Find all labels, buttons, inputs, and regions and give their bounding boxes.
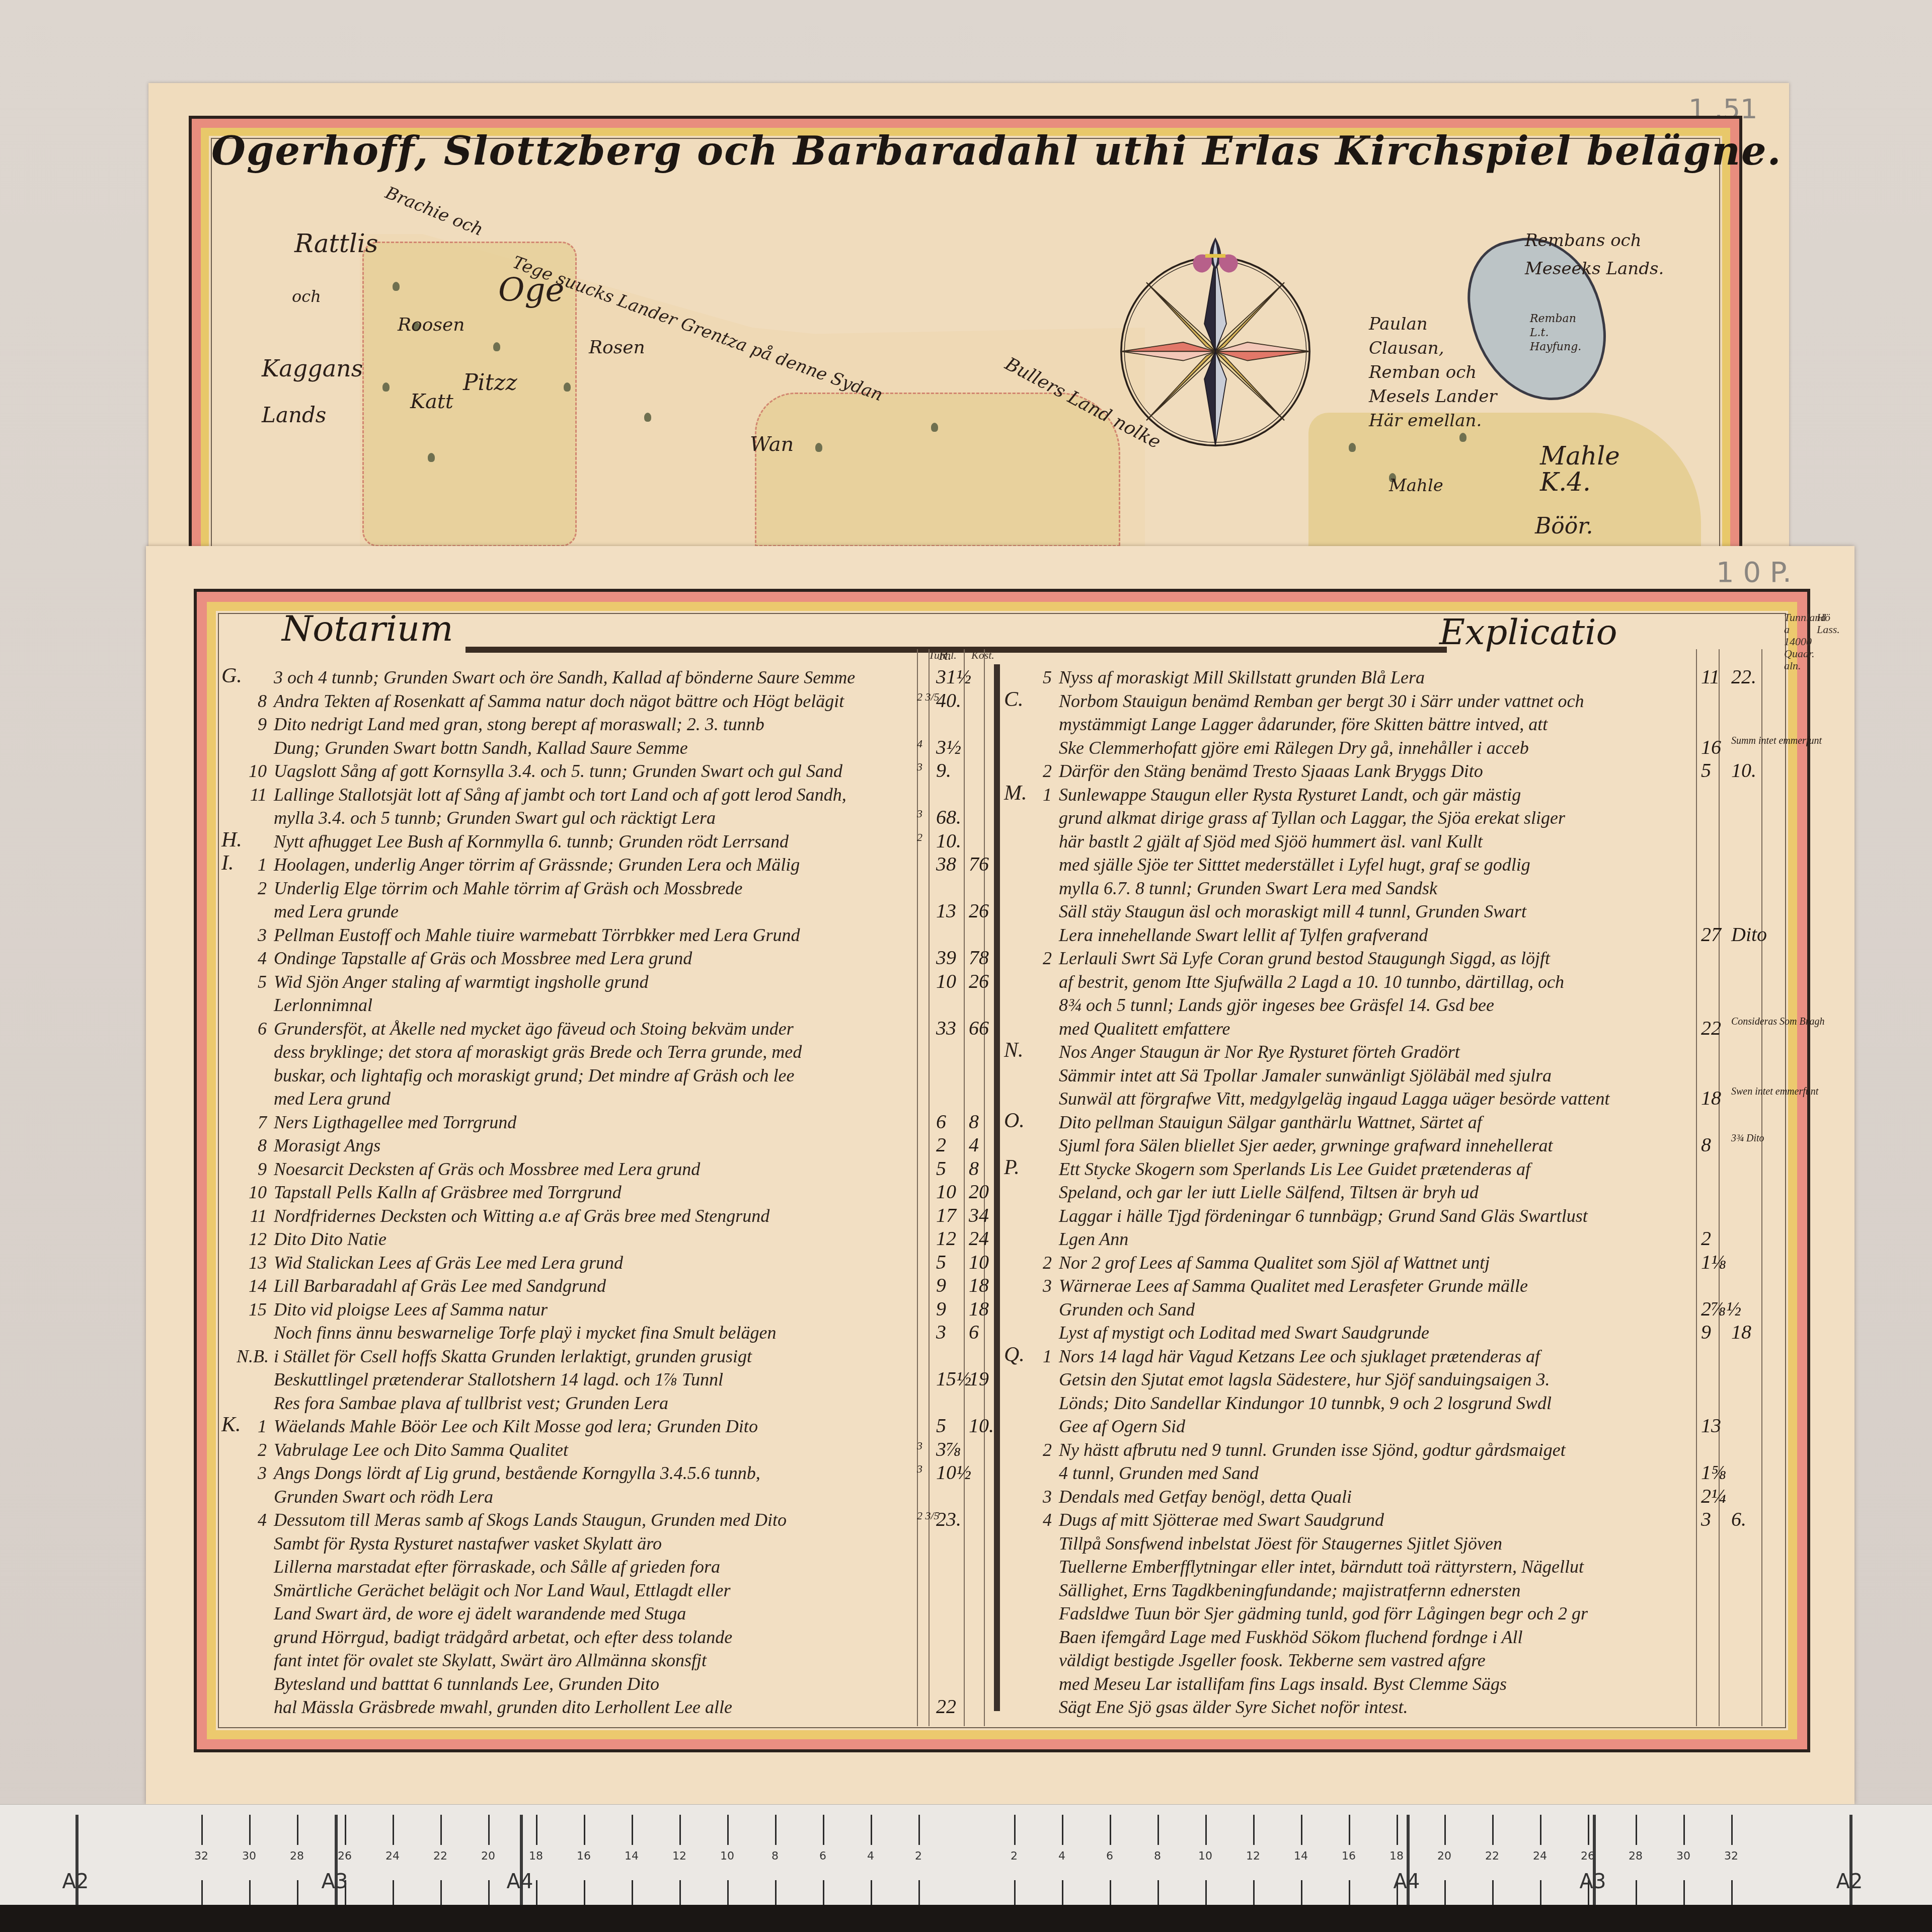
ruler-tick bbox=[918, 1880, 920, 1905]
table-row: 4 tunnl, Grunden med Sand bbox=[1022, 1462, 1691, 1485]
table-row: Bytesland und batttat 6 tunnlands Lee, G… bbox=[237, 1673, 911, 1695]
ruler-tick bbox=[727, 1880, 729, 1905]
ruler-tick bbox=[249, 1815, 251, 1845]
map-label-wan: Wan bbox=[750, 433, 794, 456]
ruler-tick bbox=[1683, 1880, 1685, 1905]
ruler-tick bbox=[823, 1815, 824, 1845]
table-row: 8¾ och 5 tunnl; Lands gjör ingeses bee G… bbox=[1022, 994, 1691, 1017]
ruler-tick bbox=[1253, 1815, 1255, 1845]
col-header-r: R. bbox=[939, 649, 952, 661]
table-row: Säll stäy Staugun äsl och moraskigt mill… bbox=[1022, 901, 1691, 923]
table-row: grund alkmat dirige grass af Tyllan och … bbox=[1022, 807, 1691, 829]
table-row: 1Hoolagen, underlig Anger törrim af Gräs… bbox=[237, 854, 911, 876]
map-label-pitzz: Pitzz bbox=[463, 370, 517, 396]
table-row: 1Nors 14 lagd här Vagud Ketzans Lee och … bbox=[1022, 1346, 1691, 1368]
paper-size-label: A2 bbox=[62, 1870, 89, 1893]
table-row: 2Vabrulage Lee och Dito Samma Qualitet bbox=[237, 1439, 911, 1461]
row-number: 9 bbox=[237, 1158, 267, 1180]
row-description: af bestrit, genom Itte Sjufwälla 2 Lagd … bbox=[1059, 972, 1564, 992]
value-holass: Swen intet emmerfunt bbox=[1731, 1086, 1818, 1098]
value-r: 3 bbox=[936, 1320, 946, 1344]
table-row: 15Dito vid ploigse Lees af Samma natur bbox=[237, 1299, 911, 1321]
ruler-tick bbox=[1062, 1815, 1063, 1845]
row-number: 3 bbox=[1022, 1486, 1052, 1507]
value-tunnland: 11 bbox=[1701, 665, 1720, 688]
ruler-tick-label: 26 bbox=[338, 1850, 352, 1863]
row-description: Sällighet, Erns Tagdkbeningfundande; maj… bbox=[1059, 1580, 1521, 1600]
value-r: 23. bbox=[936, 1507, 961, 1531]
table-row: grund Hörrgud, badigt trädgård arbetat, … bbox=[237, 1627, 911, 1649]
table-row: Lerlonnimnal bbox=[237, 994, 911, 1017]
value-r: 2 bbox=[936, 1133, 946, 1156]
row-number: 15 bbox=[237, 1299, 267, 1320]
row-description: med Lera grund bbox=[274, 1089, 391, 1109]
table-row: 2Lerlauli Swrt Sä Lyfe Coran grund besto… bbox=[1022, 948, 1691, 970]
value-tunnland: 2⅞½ bbox=[1701, 1297, 1741, 1321]
explicatio-heading: Explicatio bbox=[1439, 611, 1617, 653]
row-description: Grunden Swart och rödh Lera bbox=[274, 1487, 493, 1507]
ruler-tick bbox=[1349, 1880, 1350, 1905]
column-rule bbox=[964, 649, 965, 1726]
value-r: 38 bbox=[936, 852, 956, 876]
table-row: Smärtliche Gerächet belägit och Nor Land… bbox=[237, 1580, 911, 1602]
row-number: 1 bbox=[1022, 784, 1052, 805]
value-kost: 76 bbox=[969, 852, 989, 876]
row-description: med Qualitett emfattere bbox=[1059, 1019, 1230, 1039]
row-description: dess bryklinge; det stora af moraskigt g… bbox=[274, 1042, 802, 1062]
table-row: 13Wid Stalickan Lees af Gräs Lee med Ler… bbox=[237, 1252, 911, 1274]
table-row: Gee af Ogern Sid bbox=[1022, 1416, 1691, 1438]
ruler-tick bbox=[393, 1880, 394, 1905]
ruler-tick bbox=[918, 1815, 920, 1845]
row-number: 4 bbox=[237, 948, 267, 969]
value-tunnland: 3 bbox=[917, 1439, 922, 1452]
table-row: Res fora Sambae plava af tullbrist vest;… bbox=[237, 1393, 911, 1415]
value-tunnland: 3 bbox=[917, 760, 922, 774]
notarium-heading: Notarium bbox=[282, 608, 453, 649]
ruler-tick-label: 10 bbox=[720, 1850, 734, 1863]
table-row: 8Andra Tekten af Rosenkatt af Samma natu… bbox=[237, 690, 911, 713]
value-r: 10 bbox=[936, 1180, 956, 1203]
row-description: i Stället för Csell hoffs Skatta Grunden… bbox=[274, 1346, 752, 1366]
row-description: Baen ifemgård Lage med Fuskhöd Sökom flu… bbox=[1059, 1627, 1523, 1647]
ruler-tick-label: 4 bbox=[1058, 1850, 1065, 1863]
table-row: Tillpå Sonsfwend inbelstat Jöest för Sta… bbox=[1022, 1533, 1691, 1555]
row-description: Getsin den Sjutat emot lagsla Sädestere,… bbox=[1059, 1369, 1550, 1389]
row-description: Grunden och Sand bbox=[1059, 1299, 1195, 1320]
row-number: 11 bbox=[237, 1205, 267, 1226]
row-description: Dito vid ploigse Lees af Samma natur bbox=[274, 1299, 548, 1320]
ruler-tick bbox=[1110, 1815, 1111, 1845]
row-description: Sambt för Rysta Rysturet nastafwer vaske… bbox=[274, 1533, 662, 1554]
row-description: hal Mässla Gräsbrede mwahl, grunden dito… bbox=[274, 1697, 732, 1717]
value-r: 9. bbox=[936, 758, 951, 782]
row-description: här bastlt 2 gjält af Sjöd med Sjöö humm… bbox=[1059, 831, 1483, 852]
ruler-tick bbox=[297, 1880, 298, 1905]
value-kost: 18 bbox=[969, 1297, 989, 1321]
row-description: mystämmigt Lange Lagger ådarunder, före … bbox=[1059, 714, 1548, 734]
ruler-tick bbox=[440, 1880, 442, 1905]
value-kost: 18 bbox=[969, 1273, 989, 1297]
ruler-tick bbox=[1157, 1815, 1159, 1845]
table-row: Lillerna marstadat efter förraskade, och… bbox=[237, 1556, 911, 1578]
ruler-tick bbox=[1636, 1880, 1637, 1905]
col-header-kost: Kost. bbox=[971, 649, 994, 661]
table-row: 2Ny hästt afbrutu ned 9 tunnl. Grunden i… bbox=[1022, 1439, 1691, 1461]
row-description: Noch finns ännu beswarnelige Torfe plaÿ … bbox=[274, 1323, 777, 1343]
ruler-tick bbox=[1397, 1815, 1398, 1845]
table-row: hal Mässla Gräsbrede mwahl, grunden dito… bbox=[237, 1696, 911, 1719]
table-row: Lgen Ann bbox=[1022, 1228, 1691, 1251]
row-number: 7 bbox=[237, 1112, 267, 1133]
table-row: Laggar i hälle Tjgd fördeningar 6 tunnbä… bbox=[1022, 1205, 1691, 1227]
ruler-tick bbox=[1014, 1880, 1016, 1905]
table-row: 11Nordfridernes Decksten och Witting a.e… bbox=[237, 1205, 911, 1227]
row-number: 11 bbox=[237, 784, 267, 805]
table-row: Ske Clemmerhofatt gjöre emi Rälegen Dry … bbox=[1022, 737, 1691, 759]
table-row: Fadsldwe Tuun bör Sjer gädming tunld, go… bbox=[1022, 1603, 1691, 1625]
ruler-tick-label: 14 bbox=[625, 1850, 639, 1863]
table-row: Speland, och gar ler iutt Lielle Sälfend… bbox=[1022, 1182, 1691, 1204]
row-description: Sunwäl att förgrafwe Vitt, medgylgeläg i… bbox=[1059, 1089, 1610, 1109]
table-row: med Lera grunde bbox=[237, 901, 911, 923]
row-description: Nyss af moraskigt Mill Skillstatt grunde… bbox=[1059, 667, 1425, 687]
tree-icon bbox=[1459, 433, 1466, 442]
ruler-tick-label: 14 bbox=[1294, 1850, 1308, 1863]
table-row: fant intet för ovalet ste Skylatt, Swärt… bbox=[237, 1650, 911, 1672]
table-row: 2Underlig Elge törrim och Mahle törrim a… bbox=[237, 878, 911, 900]
section-letter: I. bbox=[221, 851, 234, 875]
row-description: Bytesland und batttat 6 tunnlands Lee, G… bbox=[274, 1674, 659, 1694]
tree-icon bbox=[493, 342, 500, 351]
ruler-tick bbox=[1349, 1815, 1350, 1845]
table-row: 12Dito Dito Natie bbox=[237, 1228, 911, 1251]
ruler-tick-label: 32 bbox=[194, 1850, 208, 1863]
map-label-kaggans: Kaggans bbox=[262, 355, 363, 382]
value-tunnland: 2 bbox=[917, 831, 922, 844]
value-holass: Summ intet emmerfunt bbox=[1731, 735, 1822, 747]
table-row: Nos Anger Staugun är Nor Rye Rysturet fö… bbox=[1022, 1041, 1691, 1063]
land-parcel-mahle bbox=[1308, 413, 1701, 546]
table-row: Beskuttlingel prætenderar Stallotshern 1… bbox=[237, 1369, 911, 1391]
ruler-tick-label: 28 bbox=[290, 1850, 304, 1863]
row-number: 2 bbox=[1022, 1439, 1052, 1460]
ruler-tick-label: 4 bbox=[867, 1850, 874, 1863]
table-row: Lyst af mystigt och Loditad med Swart Sa… bbox=[1022, 1322, 1691, 1344]
value-holass: 3¾ Dito bbox=[1731, 1133, 1764, 1144]
table-row: 6Grundersföt, at Åkelle ned mycket ägo f… bbox=[237, 1018, 911, 1040]
tree-icon bbox=[931, 423, 938, 432]
land-field-center bbox=[755, 393, 1120, 547]
ruler-tick bbox=[775, 1880, 777, 1905]
table-row: Grunden och Sand bbox=[1022, 1299, 1691, 1321]
row-number: 2 bbox=[1022, 948, 1052, 969]
tree-icon bbox=[393, 282, 400, 291]
column-rule bbox=[1696, 649, 1697, 1726]
ruler-tick-label: 20 bbox=[1437, 1850, 1451, 1863]
row-description: Säll stäy Staugun äsl och moraskigt mill… bbox=[1059, 901, 1526, 921]
table-row: Lönds; Dito Sandellar Kindungor 10 tunnb… bbox=[1022, 1393, 1691, 1415]
map-label-och: och bbox=[292, 287, 321, 306]
value-tunnland: 3 bbox=[917, 1462, 922, 1476]
table-row: 4Dessutom till Meras samb af Skogs Lands… bbox=[237, 1509, 911, 1531]
value-kost: 20 bbox=[969, 1180, 989, 1203]
ruler-tick bbox=[345, 1815, 346, 1845]
value-kost: 6 bbox=[969, 1320, 979, 1344]
map-label-rembans: Rembans och Meseeks Lands. bbox=[1525, 226, 1676, 283]
row-description: grund alkmat dirige grass af Tyllan och … bbox=[1059, 808, 1565, 828]
row-description: Nytt afhugget Lee Bush af Kornmylla 6. t… bbox=[274, 831, 789, 852]
ruler-tick bbox=[727, 1815, 729, 1845]
table-row: Baen ifemgård Lage med Fuskhöd Sökom flu… bbox=[1022, 1627, 1691, 1649]
table-row: Sambt för Rysta Rysturet nastafwer vaske… bbox=[237, 1533, 911, 1555]
value-r: 6 bbox=[936, 1110, 946, 1133]
table-row: här bastlt 2 gjält af Sjöd med Sjöö humm… bbox=[1022, 831, 1691, 853]
value-r: 13 bbox=[936, 899, 956, 922]
row-description: Noesarcit Decksten af Gräs och Mossbree … bbox=[274, 1159, 700, 1179]
value-r: 10 bbox=[936, 969, 956, 993]
ruler-tick bbox=[1301, 1815, 1302, 1845]
table-row: Getsin den Sjutat emot lagsla Sädestere,… bbox=[1022, 1369, 1691, 1391]
column-rule bbox=[929, 649, 930, 1726]
ruler-tick bbox=[584, 1880, 585, 1905]
row-description: mylla 6.7. 8 tunnl; Grunden Swart Lera m… bbox=[1059, 878, 1437, 898]
table-row: mylla 6.7. 8 tunnl; Grunden Swart Lera m… bbox=[1022, 878, 1691, 900]
ruler-tick bbox=[1205, 1815, 1207, 1845]
row-number: 4 bbox=[237, 1509, 267, 1530]
ruler-tick bbox=[632, 1815, 633, 1845]
table-row: Dung; Grunden Swart bottn Sandh, Kallad … bbox=[237, 737, 911, 759]
table-row: 3Wärnerae Lees af Samma Qualitet med Ler… bbox=[1022, 1275, 1691, 1297]
ruler-tick-label: 18 bbox=[1389, 1850, 1404, 1863]
row-description: mylla 3.4. och 5 tunnb; Grunden Swart gu… bbox=[274, 808, 716, 828]
table-row: Nytt afhugget Lee Bush af Kornmylla 6. t… bbox=[237, 831, 911, 853]
ruler-tick bbox=[1444, 1880, 1446, 1905]
value-tunnland: 16 bbox=[1701, 735, 1721, 759]
ruler-tick bbox=[488, 1815, 490, 1845]
value-tunnland: 3 bbox=[1701, 1507, 1711, 1531]
map-label-lands: Lands bbox=[262, 403, 326, 427]
row-number: 5 bbox=[1022, 667, 1052, 688]
table-row: 14Lill Barbaradahl af Gräs Lee med Sandg… bbox=[237, 1275, 911, 1297]
table-row: Sägt Ene Sjö gsas älder Syre Sichet nofö… bbox=[1022, 1696, 1691, 1719]
ruler-tick bbox=[536, 1815, 537, 1845]
value-kost: 8 bbox=[969, 1156, 979, 1180]
value-tunnland: 2¼ bbox=[1701, 1484, 1726, 1508]
archive-mark-bottom: 1 0 P. bbox=[1716, 556, 1792, 589]
row-description: Hoolagen, underlig Anger törrim af Gräss… bbox=[274, 855, 800, 875]
row-description: Wid Stalickan Lees af Gräs Lee med Lera … bbox=[274, 1253, 623, 1273]
ruler-tick-label: 2 bbox=[1011, 1850, 1018, 1863]
row-description: Res fora Sambae plava af tullbrist vest;… bbox=[274, 1393, 668, 1413]
value-kost: 78 bbox=[969, 946, 989, 969]
ruler-tick-label: 28 bbox=[1629, 1850, 1643, 1863]
table-row: med Qualitett emfattere bbox=[1022, 1018, 1691, 1040]
row-number: 14 bbox=[237, 1275, 267, 1296]
value-tunnland: 1⅝ bbox=[1701, 1460, 1726, 1484]
table-row: 8Morasigt Angs bbox=[237, 1135, 911, 1157]
table-row: mylla 3.4. och 5 tunnb; Grunden Swart gu… bbox=[237, 807, 911, 829]
ruler-tick bbox=[871, 1880, 872, 1905]
row-description: Dito pellman Stauigun Sälgar ganthärlu W… bbox=[1059, 1112, 1482, 1132]
ruler-tick bbox=[1731, 1815, 1733, 1845]
row-description: Grundersföt, at Åkelle ned mycket ägo fä… bbox=[274, 1019, 794, 1039]
table-row: med Lera grund bbox=[237, 1088, 911, 1110]
row-description: Därför den Stäng benämd Tresto Sjaaas La… bbox=[1059, 761, 1483, 781]
row-description: med själle Sjöe ter Sitttet mederstället… bbox=[1059, 855, 1530, 875]
ruler-tick bbox=[297, 1815, 298, 1845]
row-description: Lallinge Stallotsjät lott af Sång af jam… bbox=[274, 785, 846, 805]
table-row: Sällighet, Erns Tagdkbeningfundande; maj… bbox=[1022, 1580, 1691, 1602]
row-description: Lill Barbaradahl af Gräs Lee med Sandgru… bbox=[274, 1276, 606, 1296]
value-tunnland: 1⅛ bbox=[1701, 1250, 1726, 1274]
ruler-tick-label: 8 bbox=[1154, 1850, 1161, 1863]
value-tunnland: 5 bbox=[1701, 758, 1711, 782]
table-row: Ett Stycke Skogern som Sperlands Lis Lee… bbox=[1022, 1158, 1691, 1181]
map-label-remban-lake: Remban L.t. Hayfung. bbox=[1530, 312, 1575, 354]
row-description: väldigt bestigde Jsgeller foosk. Tekbern… bbox=[1059, 1650, 1486, 1670]
scanner-edge bbox=[0, 1905, 1932, 1932]
ruler-tick bbox=[201, 1880, 203, 1905]
row-description: Nos Anger Staugun är Nor Rye Rysturet fö… bbox=[1059, 1042, 1460, 1062]
ruler-tick-label: 16 bbox=[577, 1850, 591, 1863]
ruler-tick bbox=[1540, 1815, 1541, 1845]
col-header-holass: Hö Lass. bbox=[1817, 611, 1837, 636]
map-label-paulan: Paulan Clausan, Remban och Mesels Lander… bbox=[1369, 312, 1500, 433]
row-number: 2 bbox=[1022, 1252, 1052, 1273]
map-title: Ogerhoff, Slottzberg och Barbaradahl uth… bbox=[211, 128, 1721, 174]
value-tunnland: 22 bbox=[1701, 1016, 1721, 1040]
table-row: Lera innehellande Swart lellit af Tylfen… bbox=[1022, 924, 1691, 947]
ruler-tick-label: 12 bbox=[672, 1850, 686, 1863]
ruler-tick bbox=[871, 1815, 872, 1845]
row-description: fant intet för ovalet ste Skylatt, Swärt… bbox=[274, 1650, 707, 1670]
table-row: 3Dendals med Getfay benögl, detta Quali bbox=[1022, 1486, 1691, 1508]
ruler-tick bbox=[1301, 1880, 1302, 1905]
paper-size-label: A4 bbox=[507, 1870, 533, 1893]
table-row: Tuellerne Emberfflytningar eller intet, … bbox=[1022, 1556, 1691, 1578]
row-number: 2 bbox=[1022, 760, 1052, 782]
value-r: 31½ bbox=[936, 665, 971, 688]
value-holass: 6. bbox=[1731, 1507, 1746, 1531]
row-description: Dessutom till Meras samb af Skogs Lands … bbox=[274, 1510, 787, 1530]
row-description: Nor 2 grof Lees af Samma Qualitet som Sj… bbox=[1059, 1253, 1490, 1273]
table-row: N.B.i Stället för Csell hoffs Skatta Gru… bbox=[237, 1346, 911, 1368]
ruler-tick bbox=[536, 1880, 537, 1905]
table-row: med själle Sjöe ter Sitttet mederstället… bbox=[1022, 854, 1691, 876]
ruler-tick bbox=[1110, 1880, 1111, 1905]
value-r: 3½ bbox=[936, 735, 961, 759]
ruler-tick bbox=[679, 1815, 681, 1845]
row-number: 3 bbox=[1022, 1275, 1052, 1296]
value-tunnland: 18 bbox=[1701, 1086, 1721, 1110]
map-label-katt: Katt bbox=[410, 390, 453, 413]
ruler-tick-label: 22 bbox=[433, 1850, 447, 1863]
ruler-tick-label: 22 bbox=[1485, 1850, 1499, 1863]
ruler-tick-label: 30 bbox=[242, 1850, 256, 1863]
row-description: Sunlewappe Staugun eller Rysta Rysturet … bbox=[1059, 785, 1521, 805]
row-description: Smärtliche Gerächet belägit och Nor Land… bbox=[274, 1580, 731, 1600]
ruler-tick-label: 12 bbox=[1246, 1850, 1260, 1863]
value-r: 68. bbox=[936, 805, 961, 829]
table-row: med Meseu Lar istallifam fins Lags insal… bbox=[1022, 1673, 1691, 1695]
row-description: Ners Ligthagellee med Torrgrund bbox=[274, 1112, 516, 1132]
table-row: 4Dugs af mitt Sjötterae med Swart Saudgr… bbox=[1022, 1509, 1691, 1531]
row-description: Ny hästt afbrutu ned 9 tunnl. Grunden is… bbox=[1059, 1440, 1566, 1460]
value-r: 22 bbox=[936, 1694, 956, 1718]
row-description: Sjuml fora Sälen bliellet Sjer aeder, gr… bbox=[1059, 1135, 1553, 1155]
row-description: buskar, och lightafig och moraskigt grun… bbox=[274, 1065, 795, 1086]
value-kost: 24 bbox=[969, 1226, 989, 1250]
ruler-tick bbox=[1683, 1815, 1685, 1845]
value-tunnland: 27 bbox=[1701, 922, 1721, 946]
row-description: Pellman Eustoff och Mahle tiuire warmeba… bbox=[274, 925, 800, 945]
table-row: 1Sunlewappe Staugun eller Rysta Rysturet… bbox=[1022, 784, 1691, 806]
table-row: 7Ners Ligthagellee med Torrgrund bbox=[237, 1112, 911, 1134]
row-description: Sämmir intet att Sä Tpollar Jamaler sunw… bbox=[1059, 1065, 1552, 1086]
table-row: 2Därför den Stäng benämd Tresto Sjaaas L… bbox=[1022, 760, 1691, 783]
row-description: Beskuttlingel prætenderar Stallotshern 1… bbox=[274, 1369, 723, 1389]
map-label-roosen: Roosen bbox=[398, 315, 465, 335]
value-kost: 10. bbox=[969, 1414, 994, 1437]
row-description: grund Hörrgud, badigt trädgård arbetat, … bbox=[274, 1627, 732, 1647]
ruler-tick-label: 2 bbox=[915, 1850, 922, 1863]
row-description: Nors 14 lagd här Vagud Ketzans Lee och s… bbox=[1059, 1346, 1540, 1366]
row-number: 3 bbox=[237, 924, 267, 946]
tree-icon bbox=[815, 443, 822, 452]
row-description: Norbom Stauigun benämd Remban ger bergt … bbox=[1059, 691, 1584, 711]
table-row: Dito pellman Stauigun Sälgar ganthärlu W… bbox=[1022, 1112, 1691, 1134]
table-row: Land Swart ärd, de wore ej ädelt warande… bbox=[237, 1603, 911, 1625]
ruler-tick bbox=[1588, 1815, 1589, 1845]
value-r: 10. bbox=[936, 829, 961, 853]
row-description: Andra Tekten af Rosenkatt af Samma natur… bbox=[274, 691, 844, 711]
value-r: 17 bbox=[936, 1203, 956, 1227]
table-row: 3Pellman Eustoff och Mahle tiuire warmeb… bbox=[237, 924, 911, 947]
row-description: Laggar i hälle Tjgd fördeningar 6 tunnbä… bbox=[1059, 1206, 1588, 1226]
row-number: 12 bbox=[237, 1228, 267, 1250]
table-row: 9Noesarcit Decksten af Gräs och Mossbree… bbox=[237, 1158, 911, 1181]
row-description: Lerlonnimnal bbox=[274, 995, 372, 1015]
tree-icon bbox=[428, 453, 435, 462]
row-description: med Meseu Lar istallifam fins Lags insal… bbox=[1059, 1674, 1507, 1694]
table-row: 1Wäelands Mahle Böör Lee och Kilt Mosse … bbox=[237, 1416, 911, 1438]
value-tunnland: 4 bbox=[917, 737, 922, 750]
row-description: Land Swart ärd, de wore ej ädelt warande… bbox=[274, 1603, 686, 1624]
table-row: 5Nyss af moraskigt Mill Skillstatt grund… bbox=[1022, 667, 1691, 689]
tree-icon bbox=[1349, 443, 1356, 452]
row-number: N.B. bbox=[237, 1346, 267, 1367]
row-description: Ske Clemmerhofatt gjöre emi Rälegen Dry … bbox=[1059, 738, 1529, 758]
ruler-tick-label: 16 bbox=[1342, 1850, 1356, 1863]
column-rule bbox=[1719, 649, 1720, 1726]
table-row: 10Tapstall Pells Kalln af Gräsbree med T… bbox=[237, 1182, 911, 1204]
row-number: 13 bbox=[237, 1252, 267, 1273]
ruler-tick bbox=[1636, 1815, 1637, 1845]
value-r: 5 bbox=[936, 1250, 946, 1274]
row-description: Speland, och gar ler iutt Lielle Sälfend… bbox=[1059, 1182, 1479, 1202]
row-description: Angs Dongs lördt af Lig grund, bestående… bbox=[274, 1463, 760, 1483]
value-r: 5 bbox=[936, 1156, 946, 1180]
tree-icon bbox=[382, 382, 390, 392]
row-number: 10 bbox=[237, 1182, 267, 1203]
table-row: 5Wid Sjön Anger staling af warmtigt ings… bbox=[237, 971, 911, 993]
ruler-tick bbox=[1540, 1880, 1541, 1905]
table-row: Sämmir intet att Sä Tpollar Jamaler sunw… bbox=[1022, 1065, 1691, 1087]
ruler-tick bbox=[632, 1880, 633, 1905]
ruler-tick-label: 24 bbox=[385, 1850, 400, 1863]
row-description: Wid Sjön Anger staling af warmtigt ingsh… bbox=[274, 972, 648, 992]
